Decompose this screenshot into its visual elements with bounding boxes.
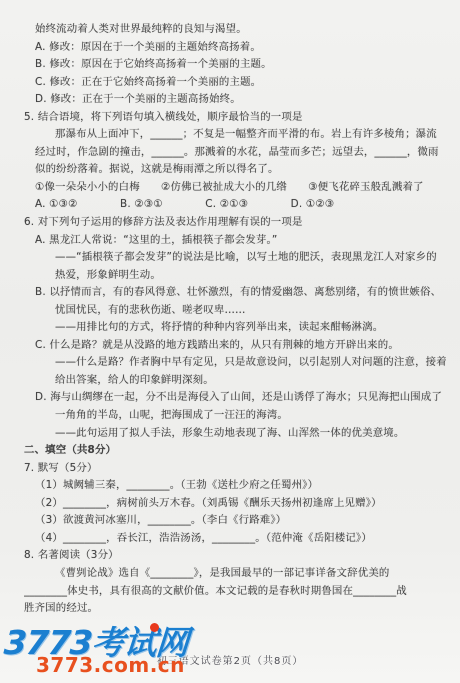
text-line: （1）城阙辅三秦，________。（王勃《送杜少府之任蜀州》） (35, 477, 446, 495)
watermark-logo: 3773考试网 3773.com.cn (4, 626, 188, 675)
watermark-site-name: 3773考试网 (3, 626, 189, 659)
text-line: 7. 默写（5分） (24, 460, 446, 478)
red-dot-icon (150, 623, 159, 632)
text-line: A. ①③② B. ②③① C. ②①③ D. ①②③ (35, 196, 446, 214)
text-line: 经过时，作急剧的撞击，______。那溅着的水花，晶莹而多芒；远望去，_____… (35, 144, 446, 162)
text-line: ——什么是路？作者胸中早有定见，只是故意设问，以引起别人对问题的注意，接着 (55, 354, 446, 372)
text-line: （2）________，病树前头万木春。（刘禹锡《酬乐天扬州初逢席上见赠》） (35, 495, 446, 513)
text-line: ——此句运用了拟人手法，形象生动地表现了海、山浑然一体的优美意境。 (55, 425, 446, 443)
text-line: C. 修改：正在于它始终高扬着一个美丽的主题。 (35, 74, 446, 92)
exam-text-body: 始终流动着人类对世界最纯粹的良知与渴望。A. 修改：原因在于一个美丽的主题始终高… (24, 21, 446, 618)
text-line: 5. 结合语境，将下列语句填入横线处，顺序最恰当的一项是 (24, 109, 446, 127)
text-line: 忧国忧民，有的悲秋伤逝、嗟老叹卑…… (55, 302, 446, 320)
text-line: 6. 对下列句子运用的修辞方法及表达作用理解有误的一项是 (24, 214, 446, 232)
text-line: ________体史书，具有很高的文献价值。本文记载的是春秋时期鲁国在_____… (24, 583, 446, 601)
text-line: C. 什么是路？就是从没路的地方践踏出来的，从只有荆棘的地方开辟出来的。 (35, 337, 446, 355)
text-line: 那瀑布从上面冲下，______；不复是一幅整齐而平滑的布。岩上有许多棱角；瀑流 (55, 126, 446, 144)
text-line: 一角角的半岛，山呢，把海围成了一汪汪的海湾。 (55, 407, 446, 425)
text-line: ①像一朵朵小小的白梅 ②仿佛已被扯成大小的几绺 ③便飞花碎玉般乱溅着了 (35, 179, 446, 197)
text-line: D. 海与山绸缪在一起，分不出是海侵入了山间，还是山诱俘了海水；只见海把山围成了 (35, 389, 446, 407)
text-line: A. 修改：原因在于一个美丽的主题始终高扬着。 (35, 39, 446, 57)
text-line: B. 修改：原因在于它始终高扬着一个美丽的主题。 (35, 56, 446, 74)
document-lines: 始终流动着人类对世界最纯粹的良知与渴望。A. 修改：原因在于一个美丽的主题始终高… (24, 21, 446, 618)
text-line: 热爱，形象鲜明生动。 (55, 267, 446, 285)
text-line: 似的纷纷落着。据说，这就是梅雨潭之所以得名了。 (35, 161, 446, 179)
text-line: 二、填空（共8分） (24, 442, 446, 460)
text-line: A. 黑龙江人常说：“这里的土，插根筷子都会发芽。” (35, 232, 446, 250)
text-line: 给出答案，给人的印象鲜明深刻。 (55, 372, 446, 390)
text-line: 始终流动着人类对世界最纯粹的良知与渴望。 (35, 21, 446, 39)
text-line: ——用排比句的方式，将抒情的种种内容列举出来，读起来酣畅淋漓。 (55, 319, 446, 337)
text-line: （3）欲渡黄河冰塞川，________。（李白《行路难》） (35, 512, 446, 530)
text-line: 胜齐国的经过。 (24, 600, 446, 618)
text-line: 《曹刿论战》选自《________》，是我国最早的一部记事详备文辞优美的 (55, 565, 446, 583)
text-line: 8. 名著阅读（3分） (24, 547, 446, 565)
scanned-exam-page: 始终流动着人类对世界最纯粹的良知与渴望。A. 修改：原因在于一个美丽的主题始终高… (0, 0, 460, 683)
text-line: （4）________，吞长江，浩浩汤汤，________。（范仲淹《岳阳楼记》… (35, 530, 446, 548)
text-line: B. 以抒情而言，有的春风得意、壮怀激烈，有的情爱幽怨、离愁别绪，有的愤世嫉俗、 (35, 284, 446, 302)
text-line: D. 修改：正在于一个美丽的主题高扬始终。 (35, 91, 446, 109)
text-line: ——“插根筷子都会发芽”的说法是比喻，以写土地的肥沃，表现黑龙江人对家乡的 (55, 249, 446, 267)
